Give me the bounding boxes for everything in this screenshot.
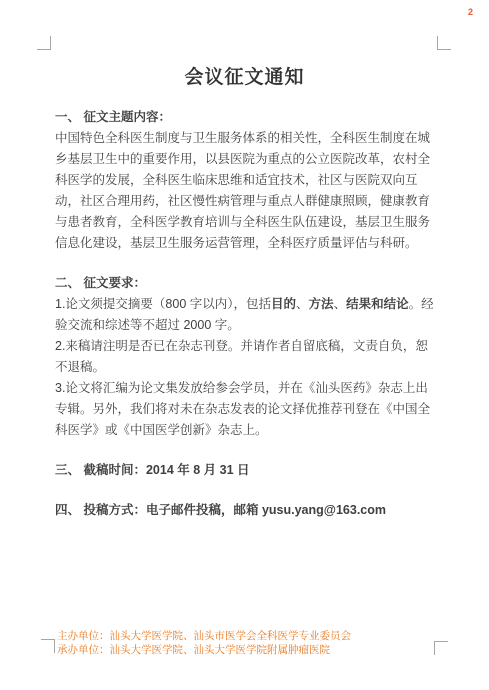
section-topics-heading: 一、 征文主题内容： <box>55 107 437 128</box>
text-boundary-mark-top-left <box>37 36 51 50</box>
section-requirements-heading: 二、 征文要求： <box>55 273 437 294</box>
section-submission: 四、 投稿方式：电子邮件投稿，邮箱 yusu.yang@163.com <box>55 500 437 521</box>
email-address: yusu.yang@163.com <box>262 503 386 517</box>
document-page: 2 会议征文通知 一、 征文主题内容： 中国特色全科医生制度与卫生服务体系的相关… <box>0 0 489 690</box>
page-footer: 主办单位：汕头大学医学院、汕头市医学会全科医学专业委员会 承办单位：汕头大学医学… <box>57 629 351 657</box>
section-topics-paragraph: 中国特色全科医生制度与卫生服务体系的相关性，全科医生制度在城乡基层卫生中的重要作… <box>55 128 437 254</box>
requirement-item-3: 3.论文将汇编为论文集发放给参会学员，并在《汕头医药》杂志上出专辑。另外，我们将… <box>55 378 437 441</box>
footer-undertaker-line: 承办单位：汕头大学医学院、汕头大学医学院附属肿瘤医院 <box>57 643 351 657</box>
page-number: 2 <box>468 7 473 17</box>
page-title: 会议征文通知 <box>0 62 489 89</box>
section-requirements: 二、 征文要求： 1.论文须提交摘要（800 字以内），包括目的、方法、结果和结… <box>55 273 437 441</box>
document-body: 一、 征文主题内容： 中国特色全科医生制度与卫生服务体系的相关性，全科医生制度在… <box>55 107 437 521</box>
submission-method-text: 四、 投稿方式：电子邮件投稿，邮箱 <box>55 503 262 517</box>
text-boundary-mark-bottom-right <box>434 641 448 655</box>
requirement-item-2: 2.来稿请注明是否已在杂志刊登。并请作者自留底稿，文责自负，恕不退稿。 <box>55 336 437 378</box>
section-topics: 一、 征文主题内容： 中国特色全科医生制度与卫生服务体系的相关性，全科医生制度在… <box>55 107 437 254</box>
text-boundary-mark-bottom-left <box>41 639 55 653</box>
section-deadline: 三、 截稿时间：2014 年 8 月 31 日 <box>55 460 437 481</box>
requirement-item-1: 1.论文须提交摘要（800 字以内），包括目的、方法、结果和结论。经验交流和综述… <box>55 294 437 336</box>
section-submission-heading: 四、 投稿方式：电子邮件投稿，邮箱 yusu.yang@163.com <box>55 500 437 521</box>
section-deadline-heading: 三、 截稿时间：2014 年 8 月 31 日 <box>55 460 437 481</box>
text-boundary-mark-top-right <box>437 36 451 50</box>
footer-organizer-line: 主办单位：汕头大学医学院、汕头市医学会全科医学专业委员会 <box>57 629 351 643</box>
